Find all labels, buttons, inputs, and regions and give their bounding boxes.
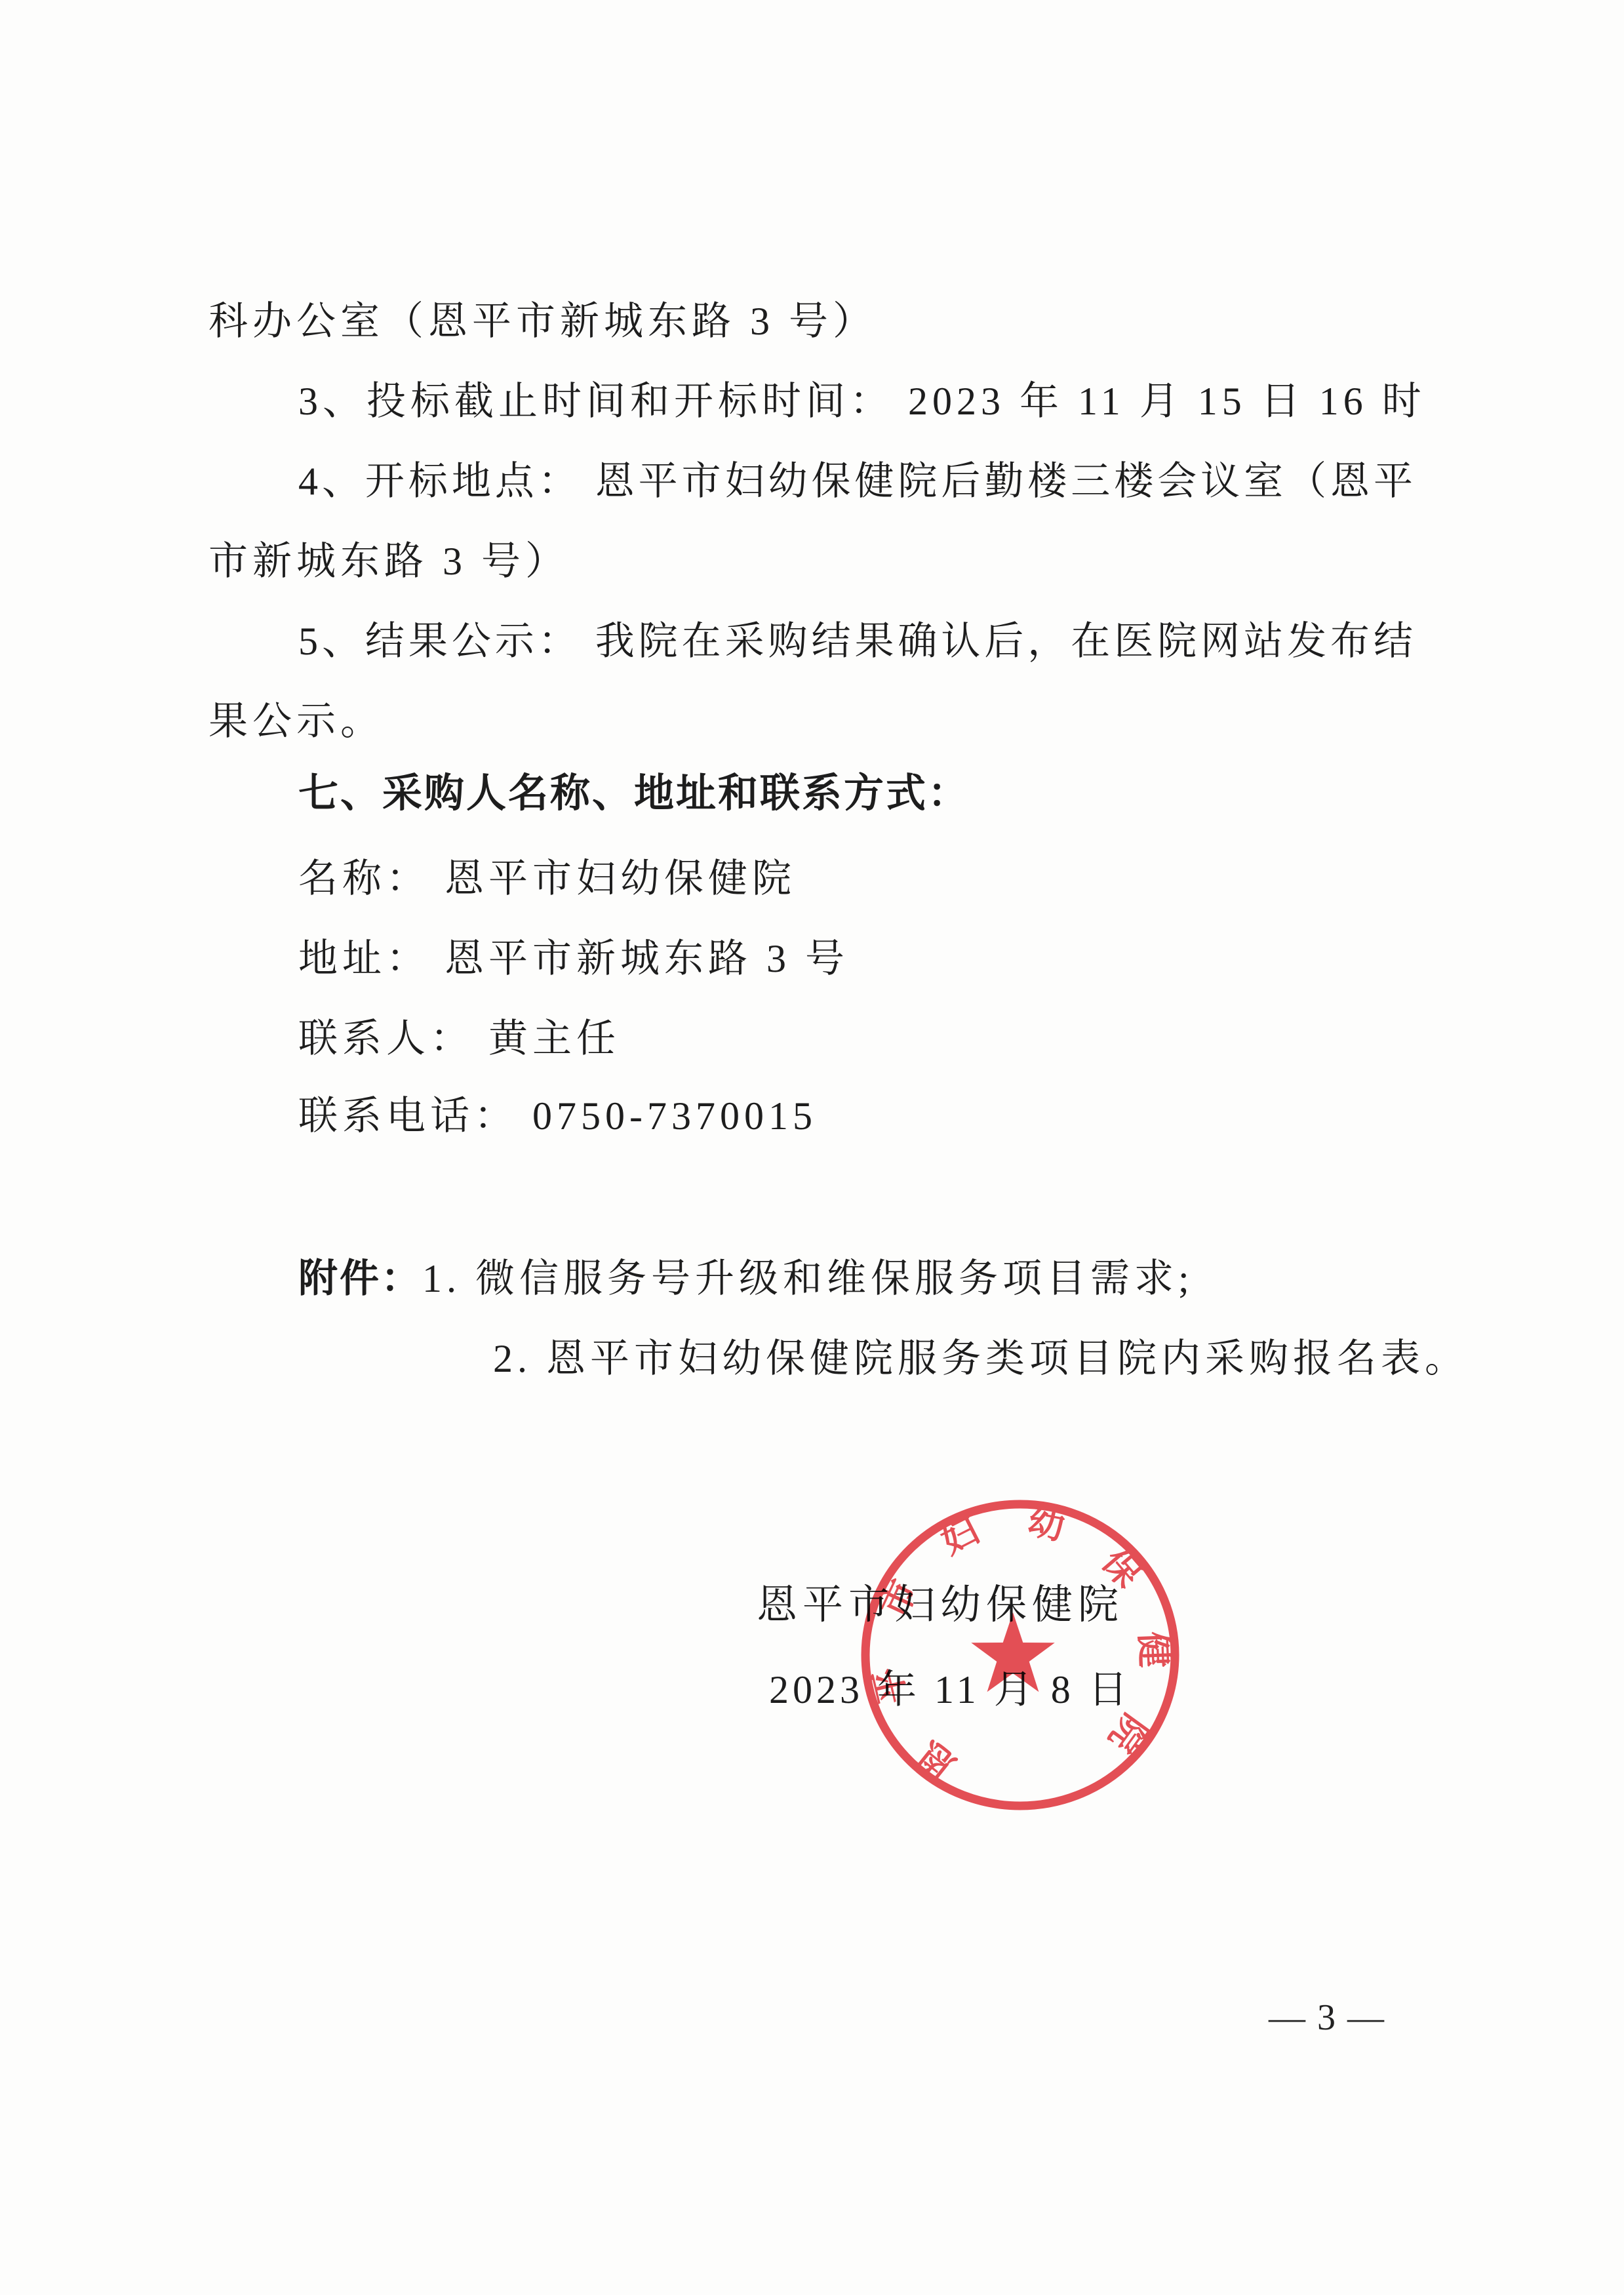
attachment-line-1: 附件：1. 微信服务号升级和维保服务项目需求; [298, 1249, 1194, 1308]
body-line-2: 3、投标截止时间和开标时间： 2023 年 11 月 15 日 16 时 [298, 372, 1426, 431]
attachment-item-1: 1. 微信服务号升级和维保服务项目需求; [422, 1257, 1194, 1300]
document-page: 科办公室（恩平市新城东路 3 号） 3、投标截止时间和开标时间： 2023 年 … [0, 0, 1624, 2295]
attachment-item-2: 2. 恩平市妇幼保健院服务类项目院内采购报名表。 [493, 1337, 1469, 1380]
star-icon [971, 1612, 1054, 1692]
body-line-1: 科办公室（恩平市新城东路 3 号） [208, 292, 877, 351]
body-line-4: 市新城东路 3 号） [208, 532, 569, 591]
contact-phone-line: 联系电话： 0750-7370015 [298, 1087, 817, 1146]
contact-person-line: 联系人： 黄主任 [298, 1009, 620, 1068]
section-heading: 七、采购人名称、地址和联系方式： [298, 764, 970, 823]
page-number: — 3 — [1269, 1997, 1385, 2039]
body-line-5: 5、结果公示： 我院在采购结果确认后，在医院网站发布结 [298, 612, 1416, 671]
official-seal-stamp: 恩平市妇幼保健院 [856, 1491, 1184, 1819]
purchaser-address-line: 地址： 恩平市新城东路 3 号 [298, 929, 849, 988]
seal-graphic: 恩平市妇幼保健院 [865, 1500, 1176, 1806]
attachment-label: 附件： [298, 1256, 422, 1302]
body-line-6: 果公示。 [208, 692, 384, 751]
purchaser-name-line: 名称： 恩平市妇幼保健院 [298, 849, 796, 908]
body-line-3: 4、开标地点： 恩平市妇幼保健院后勤楼三楼会议室（恩平 [298, 452, 1416, 511]
attachment-line-2: 2. 恩平市妇幼保健院服务类项目院内采购报名表。 [493, 1329, 1469, 1388]
